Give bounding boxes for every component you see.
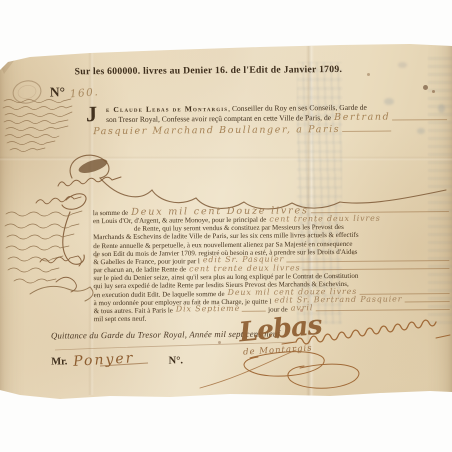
ruled-fill-line — [302, 267, 449, 270]
ruled-fill-line — [392, 118, 447, 120]
serial-label: N° — [50, 84, 65, 100]
intro-line-text: son Tresor Royal, Confesse avoir reçû co… — [106, 113, 331, 125]
payer-name-handwritten: Bertrand — [334, 112, 390, 122]
rente-amount-handwritten: cent trente deux livres — [189, 264, 300, 273]
ruled-fill-line — [404, 300, 449, 302]
ruled-fill-line — [242, 310, 266, 312]
day-handwritten: Dix Septieme — [176, 305, 240, 314]
number-label: N°. — [169, 355, 184, 366]
main-paragraph: la somme de Deux mil cent Douze livres e… — [93, 206, 452, 323]
document-title: Sur les 600000. livres au Denier 16. de … — [75, 63, 405, 77]
intro-line: Pasquier Marchand Boullanger, a Paris — [93, 124, 449, 137]
document-content: Sur les 600000. livres au Denier 16. de … — [0, 0, 452, 452]
foxing-specks — [0, 0, 3, 3]
scanned-document: Sur les 600000. livres au Denier 16. de … — [0, 0, 452, 452]
serial-number-row: N° 160. — [50, 84, 100, 100]
payer-description-handwritten: Pasquier Marchand Boullanger, a Paris — [93, 125, 340, 137]
officer-name: e Claude Lebas de Montargis — [106, 104, 228, 114]
ruled-fill-line — [342, 130, 391, 132]
ruled-fill-line — [286, 259, 449, 262]
registrar-name-handwritten: Ponyer — [73, 350, 135, 370]
paper-sheet: Sur les 600000. livres au Denier 16. de … — [0, 0, 452, 452]
intro-paragraph: e Claude Lebas de Montargis, Conseiller … — [93, 102, 449, 136]
serial-number-handwritten: 160. — [70, 86, 100, 100]
intro-line: son Tresor Royal, Confesse avoir reçû co… — [93, 112, 449, 125]
ruled-fill-line — [315, 308, 449, 311]
registrar-row: Mr. Ponyer N°. — [51, 351, 183, 368]
mr-label: Mr. — [51, 356, 67, 367]
rente-amount-handwritten: cent trente deux livres — [269, 214, 380, 223]
